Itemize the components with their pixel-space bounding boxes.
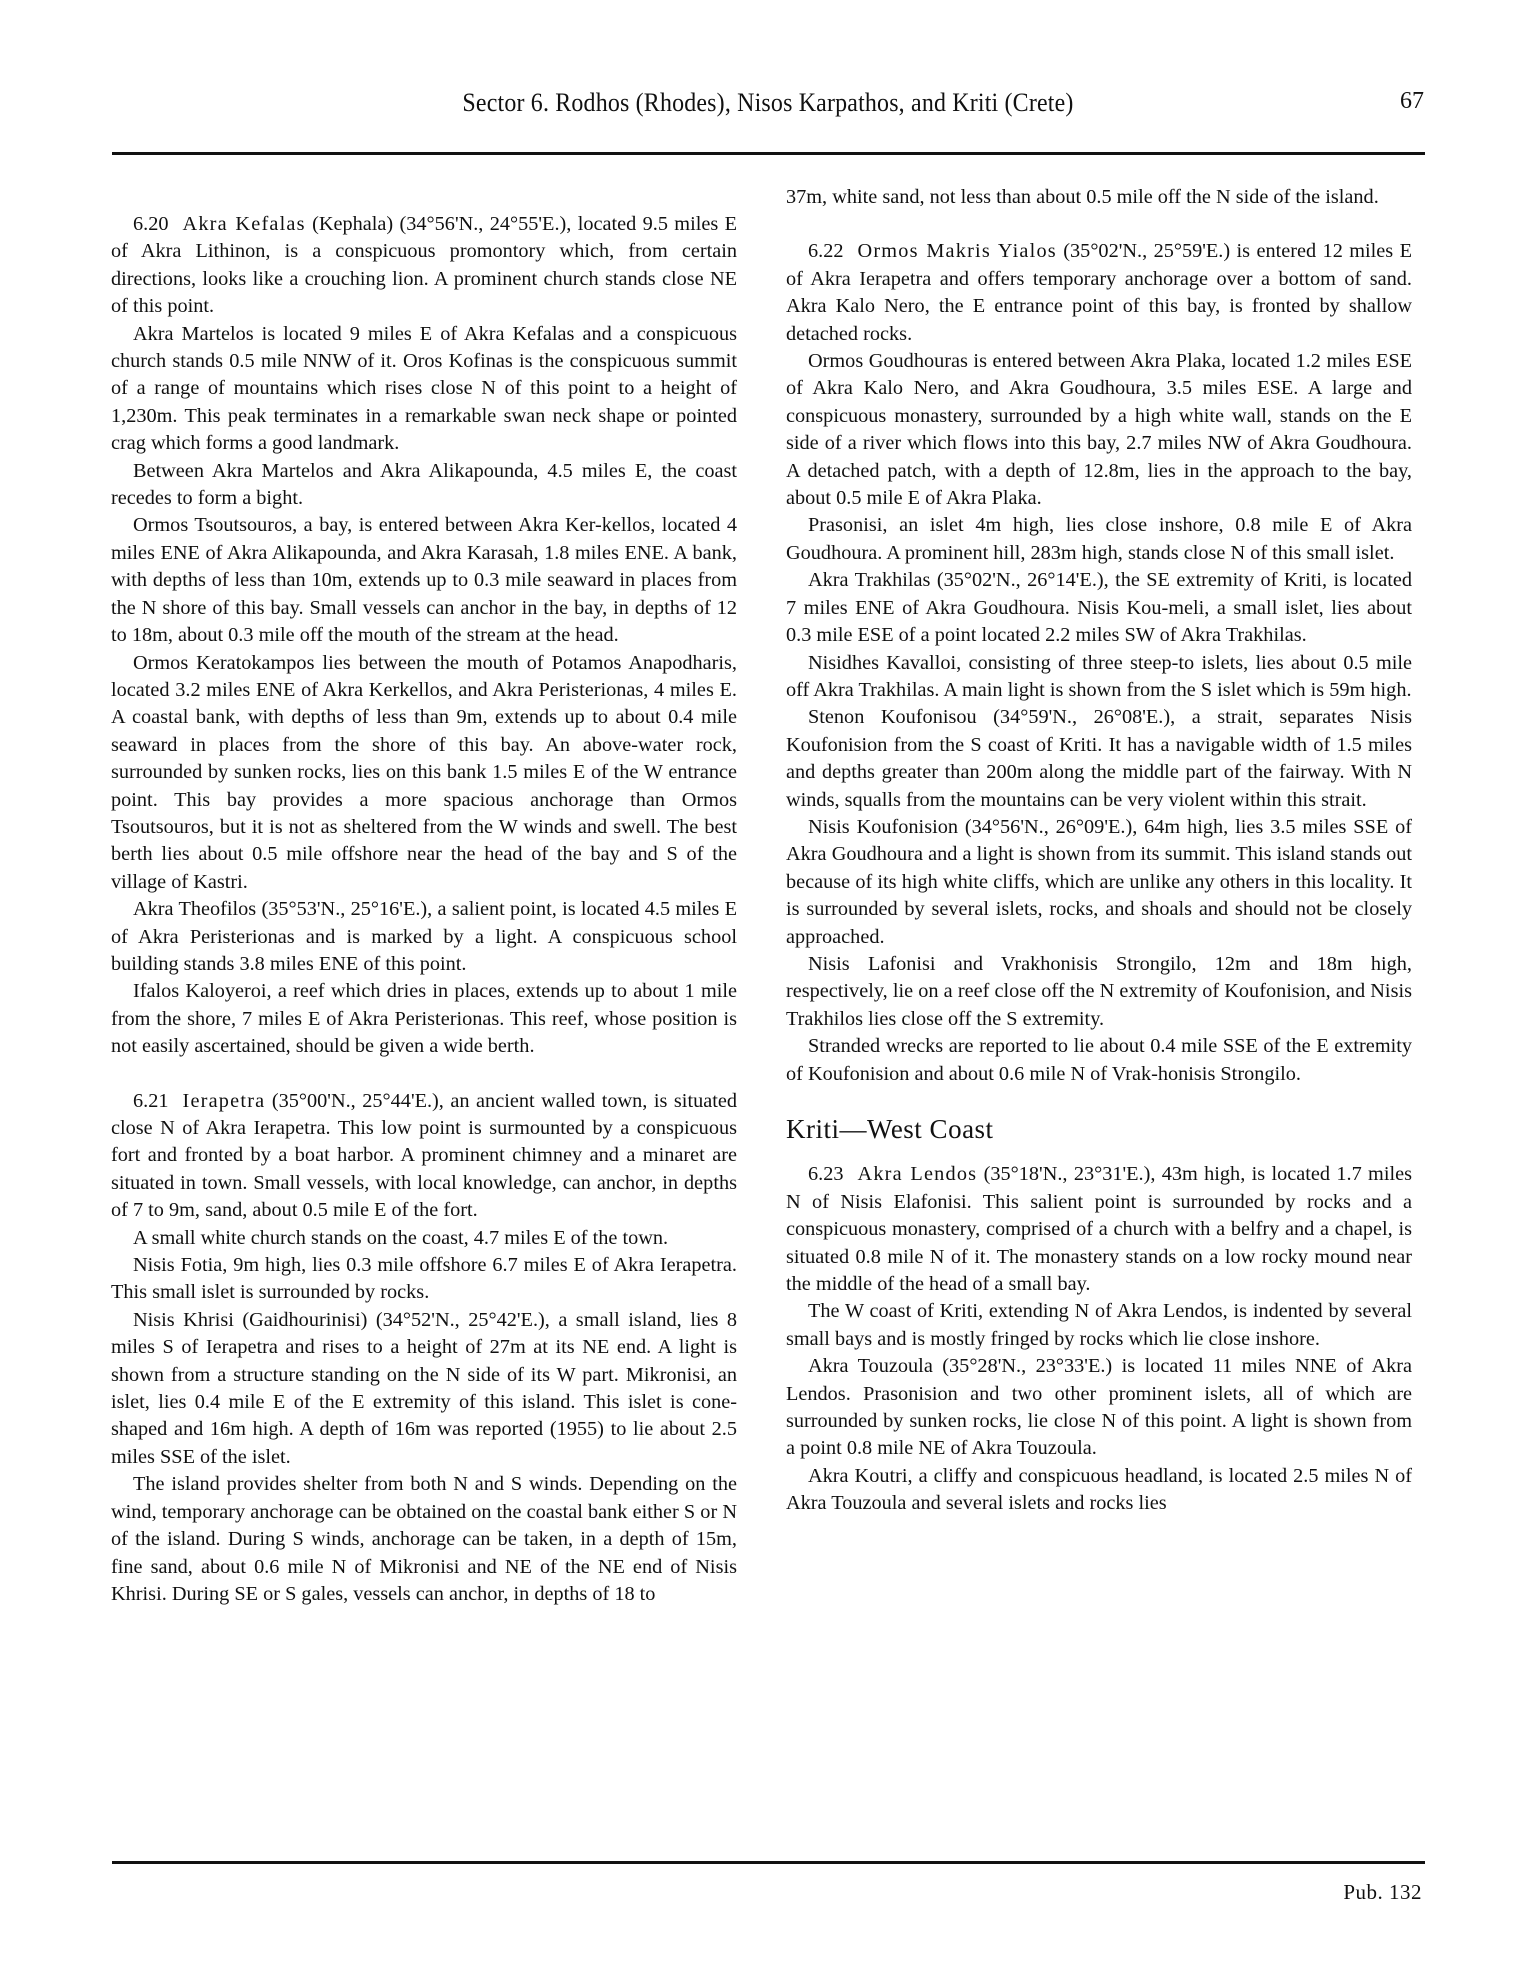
running-title: Sector 6. Rodhos (Rhodes), Nisos Karpath…: [164, 88, 1371, 118]
paragraph-lead-term: Ormos Makris Yialos: [858, 240, 1057, 262]
page-number: 67: [1400, 88, 1424, 115]
paragraph-number: 6.21: [133, 1090, 169, 1112]
numbered-paragraph: 6.21Ierapetra (35°00'N., 25°44'E.), an a…: [111, 1088, 737, 1225]
paragraph: Stenon Koufonisou (34°59'N., 26°08'E.), …: [786, 704, 1412, 814]
paragraph-lead-term: Akra Lendos: [858, 1163, 978, 1185]
paragraph: Nisis Fotia, 9m high, lies 0.3 mile offs…: [111, 1252, 737, 1307]
paragraph: Stranded wrecks are reported to lie abou…: [786, 1033, 1412, 1088]
paragraph: A small white church stands on the coast…: [111, 1225, 737, 1252]
paragraph: Ormos Goudhouras is entered between Akra…: [786, 348, 1412, 512]
paragraph: The W coast of Kriti, extending N of Akr…: [786, 1298, 1412, 1353]
paragraph: Prasonisi, an islet 4m high, lies close …: [786, 512, 1412, 567]
paragraph: 37m, white sand, not less than about 0.5…: [786, 184, 1412, 211]
left-column: 6.20Akra Kefalas (Kephala) (34°56'N., 24…: [111, 184, 737, 1608]
paragraph: Akra Theofilos (35°53'N., 25°16'E.), a s…: [111, 896, 737, 978]
paragraph: Between Akra Martelos and Akra Alikapoun…: [111, 458, 737, 513]
page-header: Sector 6. Rodhos (Rhodes), Nisos Karpath…: [112, 88, 1424, 128]
paragraph-number: 6.23: [808, 1163, 844, 1185]
paragraph: Ormos Keratokampos lies between the mout…: [111, 650, 737, 897]
paragraph-number: 6.22: [808, 240, 844, 262]
paragraph: Nisis Koufonision (34°56'N., 26°09'E.), …: [786, 814, 1412, 951]
numbered-paragraph: 6.20Akra Kefalas (Kephala) (34°56'N., 24…: [111, 211, 737, 321]
paragraph-number: 6.20: [133, 213, 169, 235]
paragraph: The island provides shelter from both N …: [111, 1471, 737, 1608]
paragraph: Ifalos Kaloyeroi, a reef which dries in …: [111, 978, 737, 1060]
header-rule: [112, 152, 1425, 155]
paragraph-lead-term: Akra Kefalas: [183, 213, 306, 235]
numbered-paragraph: 6.23Akra Lendos (35°18'N., 23°31'E.), 43…: [786, 1161, 1412, 1298]
paragraph: Nisis Khrisi (Gaidhourinisi) (34°52'N., …: [111, 1307, 737, 1471]
section-heading: Kriti—West Coast: [786, 1116, 1412, 1143]
paragraph: Akra Touzoula (35°28'N., 23°33'E.) is lo…: [786, 1353, 1412, 1463]
paragraph: Ormos Tsoutsouros, a bay, is entered bet…: [111, 512, 737, 649]
publication-label: Pub. 132: [1343, 1880, 1422, 1905]
numbered-paragraph: 6.22Ormos Makris Yialos (35°02'N., 25°59…: [786, 238, 1412, 348]
right-column: 37m, white sand, not less than about 0.5…: [786, 184, 1412, 1518]
paragraph: Akra Koutri, a cliffy and conspicuous he…: [786, 1463, 1412, 1518]
paragraph: Nisidhes Kavalloi, consisting of three s…: [786, 650, 1412, 705]
paragraph: Nisis Lafonisi and Vrakhonisis Strongilo…: [786, 951, 1412, 1033]
paragraph: Akra Trakhilas (35°02'N., 26°14'E.), the…: [786, 567, 1412, 649]
paragraph-lead-term: Ierapetra: [183, 1090, 266, 1112]
paragraph: Akra Martelos is located 9 miles E of Ak…: [111, 321, 737, 458]
footer-rule: [112, 1861, 1425, 1864]
